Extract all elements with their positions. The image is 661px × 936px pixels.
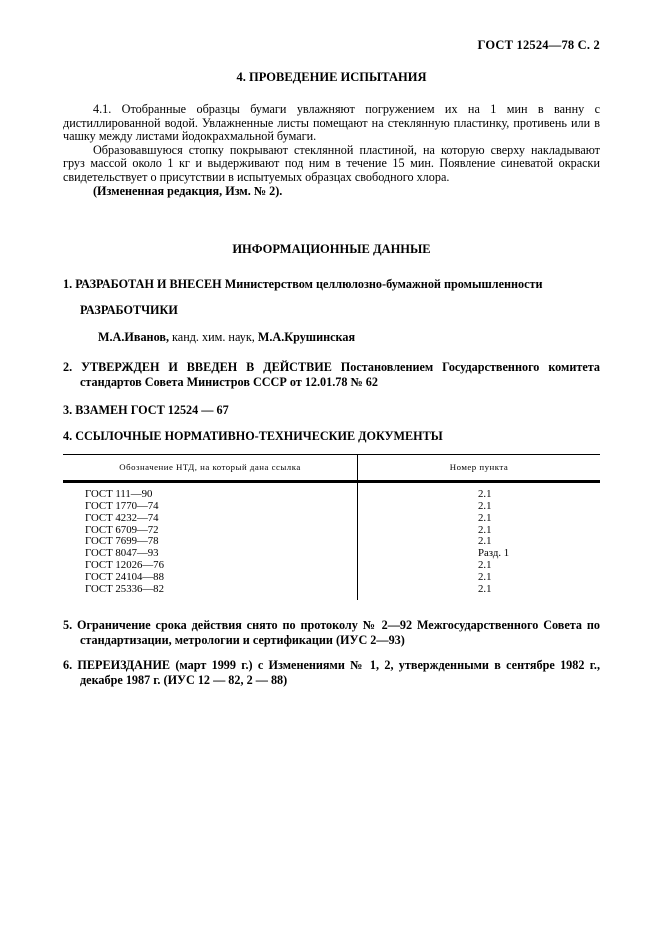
ntd-designation-cell: ГОСТ 24104—88 [63,572,358,584]
point-number-cell: 2.1 [358,482,601,501]
info-item-2-approved: 2. УТВЕРЖДЕН И ВВЕДЕН В ДЕЙСТВИЕ Постано… [63,360,600,390]
amendment-note: (Измененная редакция, Изм. № 2). [63,185,600,199]
developer-name-2: М.А.Крушинская [258,330,355,344]
developer-name-1: М.А.Иванов, [98,330,169,344]
table-row: ГОСТ 111—902.1 [63,482,600,501]
page-content: ГОСТ 12524—78 С. 2 4. ПРОВЕДЕНИЕ ИСПЫТАН… [0,0,661,688]
table-header-point-number: Номер пункта [358,455,601,482]
info-item-6-reissue: 6. ПЕРЕИЗДАНИЕ (март 1999 г.) с Изменени… [63,658,600,688]
table-header-row: Обозначение НТД, на который дана ссылка … [63,455,600,482]
ntd-table-body: ГОСТ 111—902.1ГОСТ 1770—742.1ГОСТ 4232—7… [63,482,600,601]
table-row: ГОСТ 12026—762.1 [63,560,600,572]
point-number-cell: 2.1 [358,560,601,572]
paragraph-stack-procedure: Образовавшуюся стопку покрывают стеклянн… [63,144,600,185]
table-row: ГОСТ 25336—822.1 [63,584,600,601]
info-item-5-validity: 5. Ограничение срока действия снято по п… [63,618,600,648]
page-header-doc-ref: ГОСТ 12524—78 С. 2 [63,38,600,53]
document-page: ГОСТ 12524—78 С. 2 4. ПРОВЕДЕНИЕ ИСПЫТАН… [0,0,661,936]
table-row: ГОСТ 1770—742.1 [63,501,600,513]
section-title: 4. ПРОВЕДЕНИЕ ИСПЫТАНИЯ [63,70,600,85]
developers-line: М.А.Иванов, канд. хим. наук, М.А.Крушинс… [98,330,600,345]
ntd-designation-cell: ГОСТ 111—90 [63,482,358,501]
info-item-3-replaces: 3. ВЗАМЕН ГОСТ 12524 — 67 [63,403,600,418]
ntd-designation-cell: ГОСТ 25336—82 [63,584,358,601]
point-number-cell: 2.1 [358,513,601,525]
developers-heading: РАЗРАБОТЧИКИ [80,303,600,318]
ntd-designation-cell: ГОСТ 1770—74 [63,501,358,513]
info-item-1-developed: 1. РАЗРАБОТАН И ВНЕСЕН Министерством цел… [63,277,600,292]
table-header-ntd-designation: Обозначение НТД, на который дана ссылка [63,455,358,482]
point-number-cell: 2.1 [358,572,601,584]
point-number-cell: 2.1 [358,501,601,513]
ntd-table-head: Обозначение НТД, на который дана ссылка … [63,455,600,482]
paragraph-4-1: 4.1. Отобранные образцы бумаги увлажняют… [63,103,600,144]
ntd-designation-cell: ГОСТ 4232—74 [63,513,358,525]
table-row: ГОСТ 24104—882.1 [63,572,600,584]
info-data-title: ИНФОРМАЦИОННЫЕ ДАННЫЕ [63,242,600,257]
developer-degree: канд. хим. наук, [169,330,258,344]
ntd-designation-cell: ГОСТ 12026—76 [63,560,358,572]
info-item-4-references: 4. ССЫЛОЧНЫЕ НОРМАТИВНО-ТЕХНИЧЕСКИЕ ДОКУ… [63,429,600,444]
point-number-cell: 2.1 [358,584,601,601]
table-row: ГОСТ 4232—742.1 [63,513,600,525]
ntd-reference-table: Обозначение НТД, на который дана ссылка … [63,454,600,600]
